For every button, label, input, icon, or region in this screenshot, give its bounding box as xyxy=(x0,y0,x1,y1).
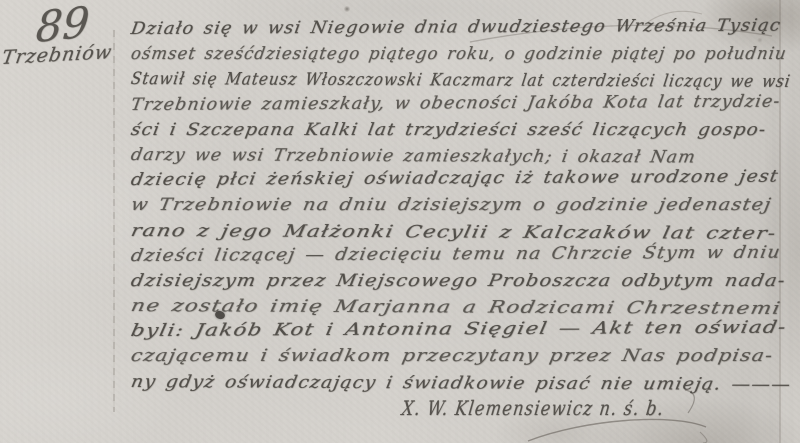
priest-signature-text: X. W. Klemensiewicz n. ś. b. xyxy=(400,396,665,420)
fold-line xyxy=(113,30,115,412)
record-line-text: Trzebniowie zamieszkały, w obecności Jak… xyxy=(129,89,782,118)
record-line-text: ny gdyż oświadczający i świadkowie pisać… xyxy=(129,370,794,398)
record-line: dziecię płci żeńskiej oświadczając iż ta… xyxy=(131,164,795,193)
record-line-text: ośmset sześćdziesiątego piątego roku, o … xyxy=(129,42,788,67)
record-line: dzisiejszym przez Miejscowego Proboszcza… xyxy=(131,268,795,293)
record-line: ośmset sześćdziesiątego piątego roku, o … xyxy=(131,41,795,66)
record-text: Działo się w wsi Niegowie dnia dwudziest… xyxy=(131,16,795,394)
priest-signature: X. W. Klemensiewicz n. ś. b. xyxy=(402,396,725,420)
record-line: Działo się w wsi Niegowie dnia dwudziest… xyxy=(131,13,795,42)
record-line: dzieści liczącej — dziecięciu temu na Ch… xyxy=(131,239,795,268)
record-line: czającemu i świadkom przeczytany przez N… xyxy=(131,343,795,368)
record-line-text: dzisiejszym przez Miejscowego Proboszcza… xyxy=(129,269,788,294)
record-line-text: dzieści liczącej — dziecięciu temu na Ch… xyxy=(129,240,783,269)
record-line: ści i Szczepana Kalki lat trzydzieści sz… xyxy=(131,117,795,142)
signature-flourish-stroke xyxy=(528,419,706,441)
record-line-text: w Trzebniowie na dniu dzisiejszym o godz… xyxy=(129,193,774,218)
record-line: Trzebniowie zamieszkały, w obecności Jak… xyxy=(131,88,795,117)
record-line-text: dziecię płci żeńskiej oświadczając iż ta… xyxy=(129,165,781,194)
margin-place-name: Trzebniów xyxy=(0,41,114,69)
record-line-text: ści i Szczepana Kalki lat trzydzieści sz… xyxy=(129,118,768,143)
document-scan: 89 Trzebniów Działo się w wsi Niegowie d… xyxy=(0,0,800,443)
record-line: w Trzebniowie na dniu dzisiejszym o godz… xyxy=(131,192,795,217)
bottom-hook-stroke xyxy=(700,432,707,443)
record-line: byli: Jakób Kot i Antonina Sięgiel — Akt… xyxy=(131,315,795,344)
record-line-text: byli: Jakób Kot i Antonina Sięgiel — Akt… xyxy=(129,316,789,345)
record-line: ny gdyż oświadczający i świadkowie pisać… xyxy=(131,369,795,397)
record-line-text: Działo się w wsi Niegowie dnia dwudziest… xyxy=(129,14,783,43)
record-line-text: czającemu i świadkom przeczytany przez N… xyxy=(129,344,776,369)
